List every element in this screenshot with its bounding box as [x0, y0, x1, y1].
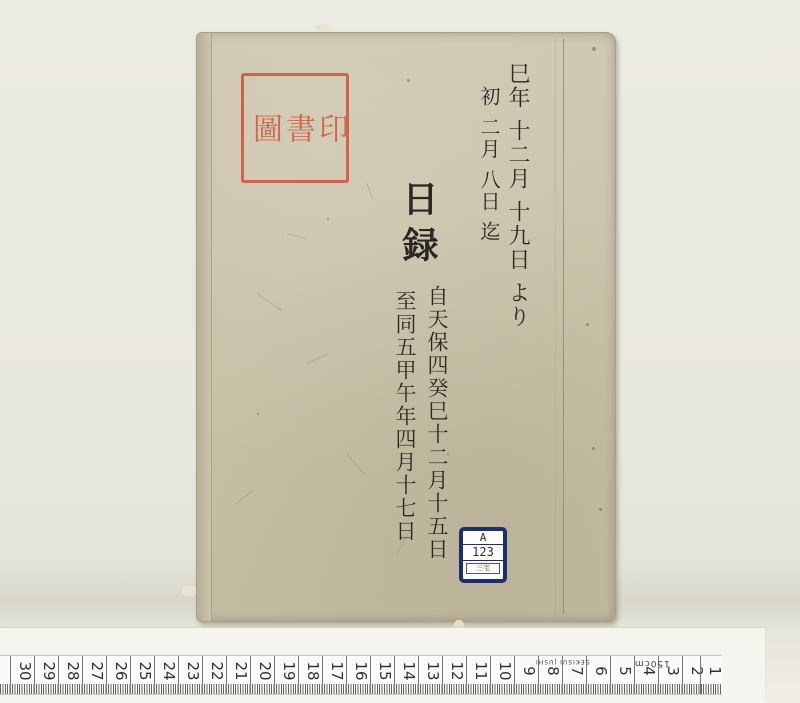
cm-number: 23 [184, 661, 202, 681]
ruler-length-mark: 150cm [634, 658, 670, 668]
seal-char: 書 [282, 81, 312, 175]
label-number: 123 [463, 545, 503, 561]
paper-fiber [367, 183, 374, 200]
book-title: 日録 [398, 180, 438, 300]
cm-number: 29 [40, 661, 58, 681]
cm-number: 5 [616, 661, 634, 681]
cm-number: 20 [256, 661, 274, 681]
annotation-line-1: 巳年 十二月 十九日 より [505, 62, 529, 532]
cm-number: 16 [352, 661, 370, 681]
cm-mark: 18 [298, 656, 299, 694]
paper-fiber [287, 233, 307, 239]
annotation-line-2: 初 二月 八日 迄 [478, 86, 500, 426]
ruler-brand: SEKISUI JUSHI [535, 658, 589, 665]
cm-mark: 5 [610, 656, 611, 694]
cm-mark: 11 [466, 656, 467, 694]
cm-number: 11 [472, 661, 490, 681]
paper-fiber [257, 293, 282, 311]
cm-mark: 1 [700, 656, 701, 694]
cm-mark: 15 [370, 656, 371, 694]
label-collection: 三宅 [466, 563, 500, 574]
cm-number: 30 [16, 661, 34, 681]
paper-fiber [307, 353, 329, 364]
seal-char: 印 [315, 81, 345, 175]
date-to: 至同五甲午年四月十七日 [393, 290, 416, 550]
speck [592, 447, 595, 450]
cm-mark: 17 [322, 656, 323, 694]
cm-number: 15 [376, 661, 394, 681]
cm-mark: 26 [106, 656, 107, 694]
cm-number: 26 [112, 661, 130, 681]
cm-mark: 27 [82, 656, 83, 694]
cover-fold-line [555, 39, 556, 614]
cm-number: 6 [592, 661, 610, 681]
cm-mark: 21 [226, 656, 227, 694]
frayed-thread [315, 24, 331, 32]
cm-number: 21 [232, 661, 250, 681]
cover-fold-line [563, 39, 564, 614]
cm-number: 18 [304, 661, 322, 681]
cm-number: 24 [160, 661, 178, 681]
paper-fiber [347, 453, 366, 475]
cm-number: 25 [136, 661, 154, 681]
cm-number: 14 [400, 661, 418, 681]
cm-number: 2 [688, 661, 706, 681]
catalog-label: A 123 三宅 [459, 527, 507, 583]
speck [257, 413, 259, 415]
cm-mark: 16 [346, 656, 347, 694]
book-spine-edge [197, 33, 212, 621]
seal-char: 圖 [249, 81, 279, 175]
speck [592, 47, 596, 51]
cm-number: 10 [496, 661, 514, 681]
cm-mark: 22 [202, 656, 203, 694]
cm-mark: 12 [442, 656, 443, 694]
label-class: A [463, 531, 503, 545]
paper-fiber [237, 489, 254, 504]
cm-mark: 23 [178, 656, 179, 694]
cm-mark: 29 [34, 656, 35, 694]
cm-mark: 25 [130, 656, 131, 694]
speck [599, 508, 602, 511]
cm-number: 28 [64, 661, 82, 681]
date-from: 自天保四癸巳十二月十五日 [425, 285, 448, 575]
cm-mark: 9 [514, 656, 515, 694]
cm-mark: 19 [274, 656, 275, 694]
speck [327, 218, 329, 220]
cm-mark: 2 [682, 656, 683, 694]
cm-number: 12 [448, 661, 466, 681]
measuring-ruler: 30 29 28 27 26 25 24 23 22 21 20 19 18 1… [0, 655, 722, 695]
red-library-seal: 圖 書 印 [241, 73, 349, 183]
speck [586, 323, 589, 326]
cm-mark: 24 [154, 656, 155, 694]
cm-mark: 30 [10, 656, 11, 694]
cm-number: 1 [706, 661, 724, 681]
cm-mark: 10 [490, 656, 491, 694]
cm-number: 22 [208, 661, 226, 681]
cm-number: 27 [88, 661, 106, 681]
cm-number: 19 [280, 661, 298, 681]
cm-mark: 28 [58, 656, 59, 694]
cm-mark: 14 [394, 656, 395, 694]
cm-number: 13 [424, 661, 442, 681]
speck [407, 79, 410, 82]
cm-mark: 13 [418, 656, 419, 694]
ruler-ticks [0, 684, 722, 694]
cm-mark: 20 [250, 656, 251, 694]
cm-number: 17 [328, 661, 346, 681]
frayed-thread [182, 586, 196, 596]
